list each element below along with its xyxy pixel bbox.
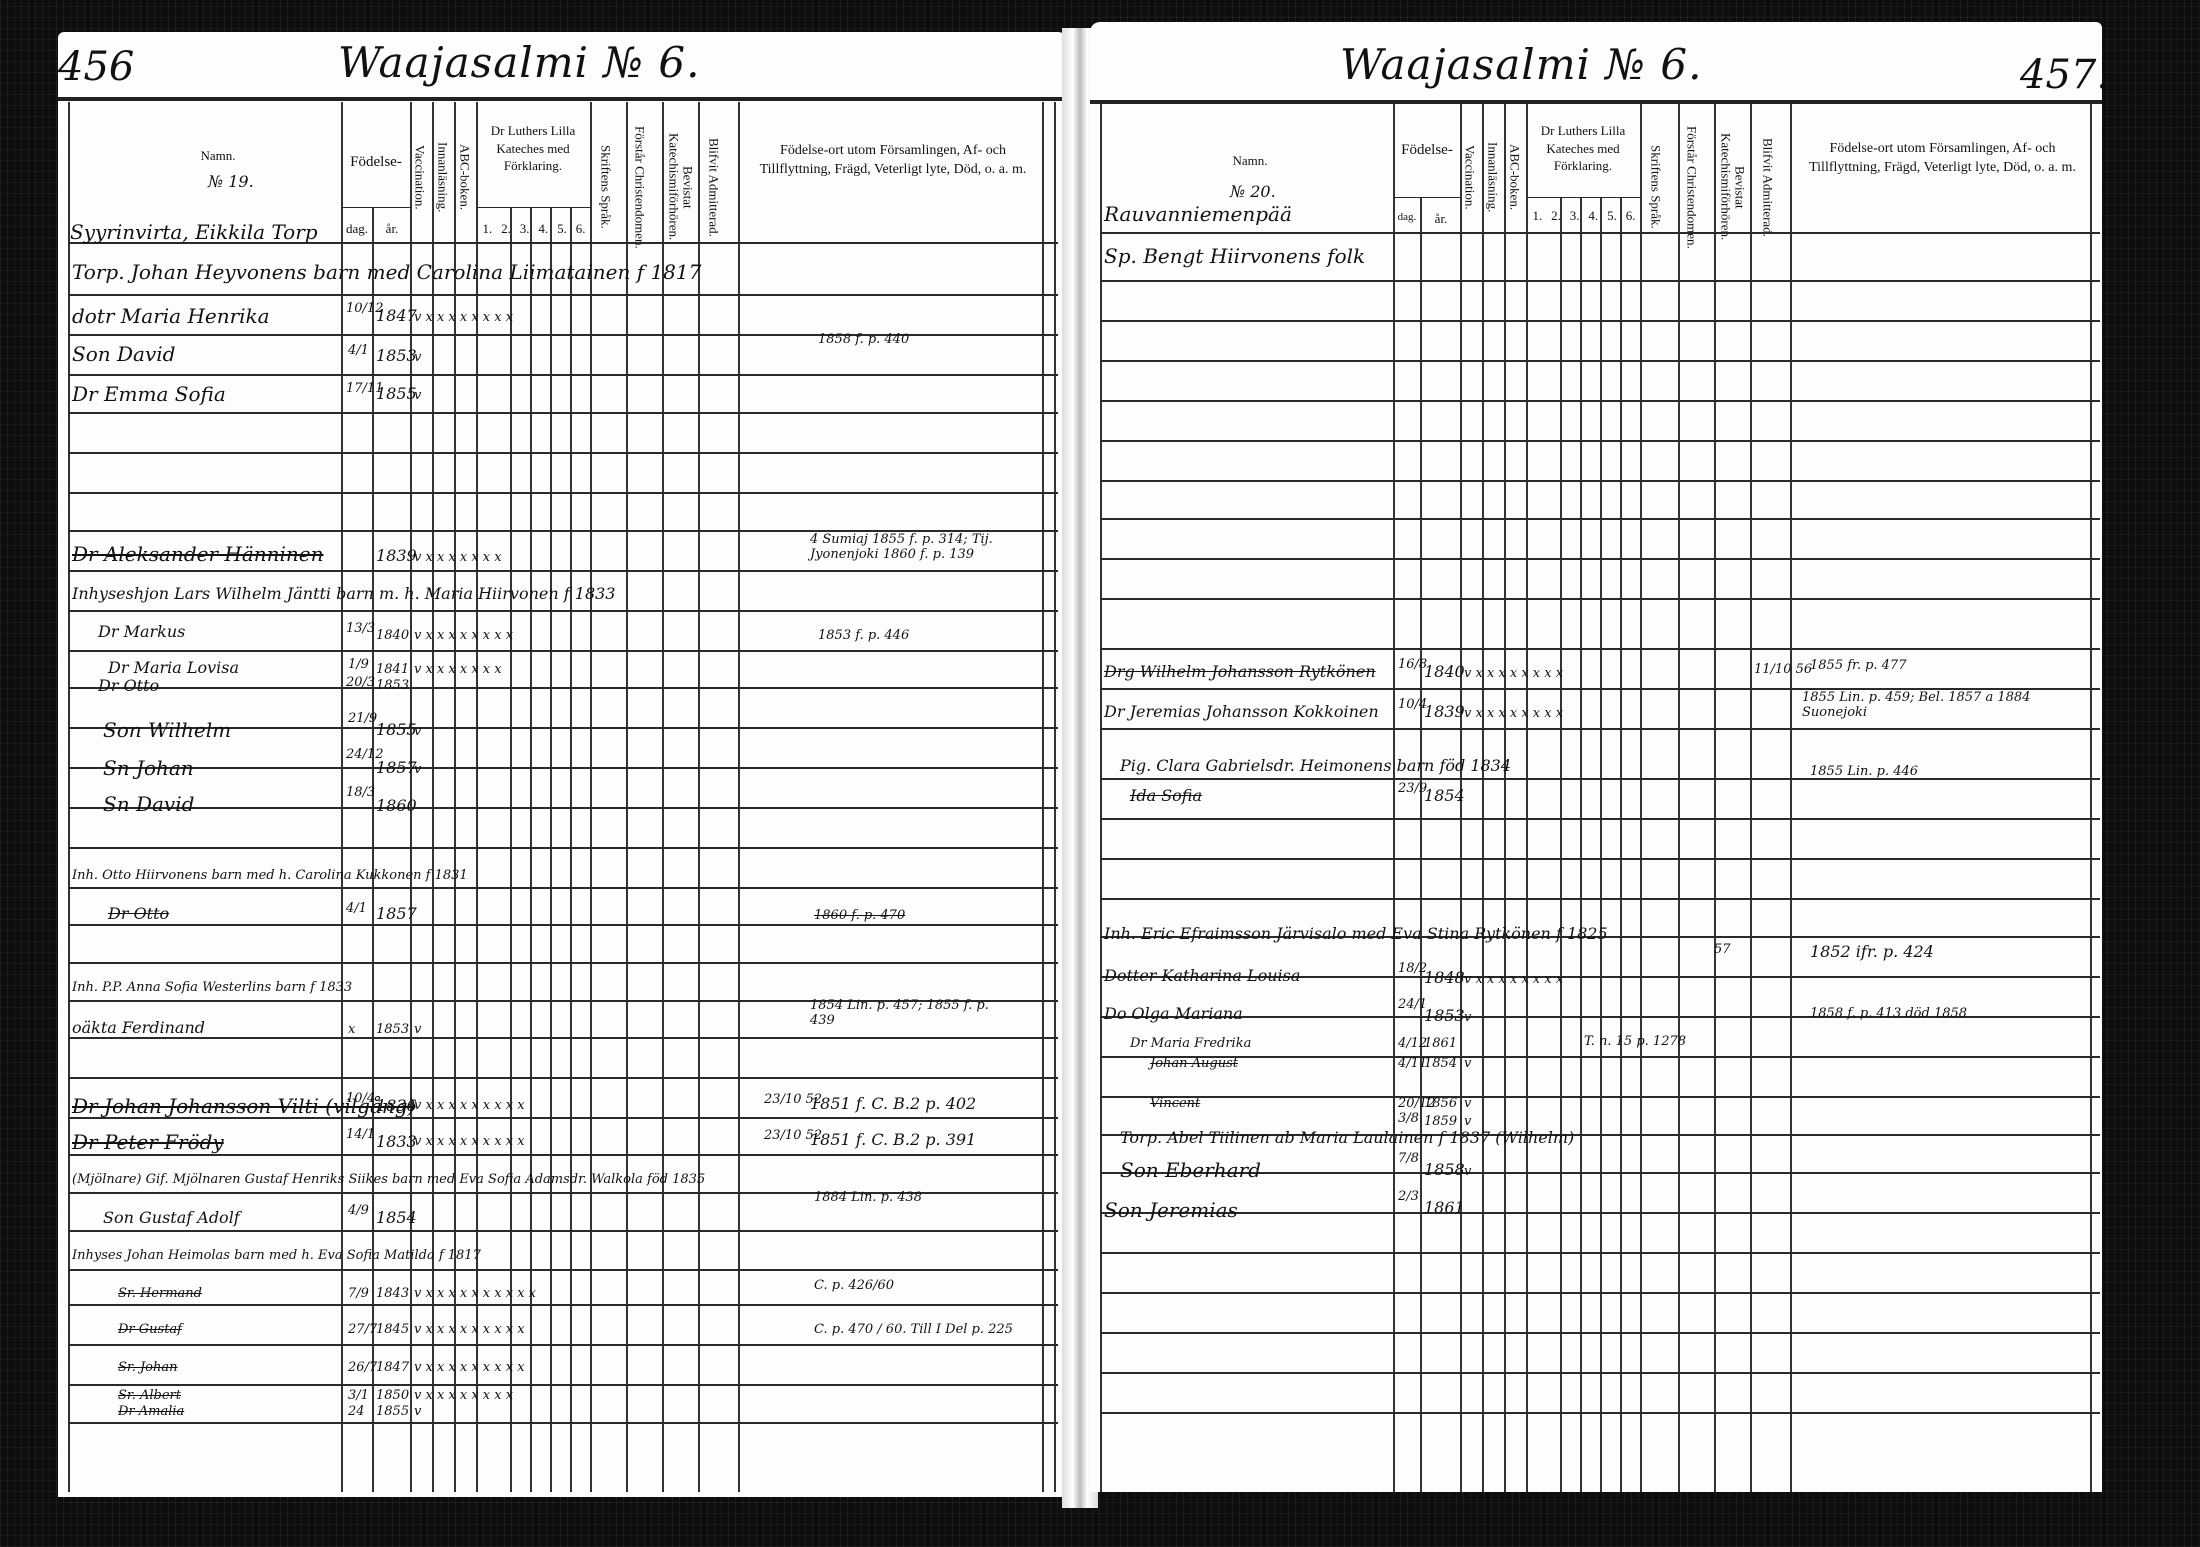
entry-birth-day: 2/3	[1398, 1190, 1419, 1203]
col-header-birth: Födelse-	[343, 152, 409, 172]
entry-notes: 1858 f. p. 413 död 1858	[1810, 1006, 1967, 1021]
entry-birth-year: 1833	[376, 1132, 417, 1151]
entry-notes: 1851 f. C. B.2 p. 402	[810, 1094, 976, 1113]
entry-name: oäkta Ferdinand	[72, 1018, 205, 1037]
col-header-abc: ABC-boken.	[457, 122, 471, 232]
entry-notes: 1854 Lin. p. 457; 1855 f. p. 439	[810, 998, 1010, 1028]
entry-birth-day: 3/1	[348, 1388, 369, 1403]
page-number-left: 456	[58, 44, 134, 90]
entry-birth-year: 1855	[376, 384, 417, 403]
village-title-left: Waajasalmi № 6.	[338, 38, 700, 87]
entry-birth-year: 1840	[1424, 662, 1465, 681]
col-header-name: Namn.	[158, 147, 278, 165]
entry-marks: v x x x x x x x x	[414, 310, 513, 325]
col-header-day: dag.	[342, 220, 372, 238]
entry-birth-day: 1/9	[348, 658, 369, 671]
household-number-right: № 20.	[1230, 182, 1276, 201]
entry-notes: 1855 Lin. p. 459; Bel. 1857 a 1884 Suone…	[1802, 690, 2087, 720]
entry-birth-day: 18/2	[1398, 962, 1427, 975]
entry-marks: v	[414, 1404, 421, 1419]
entry-birth-year: 1847	[376, 1360, 409, 1375]
entry-name: Son Wilhelm	[103, 718, 231, 742]
entry-birth-day: 7/8	[1398, 1152, 1419, 1165]
col-header-year: år.	[374, 220, 410, 238]
entry-birth-year: 1861	[1424, 1036, 1457, 1051]
entry-name: Sr. Albert	[118, 1388, 181, 1403]
entry-marks: v	[414, 388, 421, 403]
entry-marks: v x x x x x x x	[414, 550, 502, 565]
entry-birth-day: 10/4	[1398, 698, 1427, 711]
col-header-day: dag.	[1394, 210, 1420, 225]
entry-birth-year: 1848	[1424, 968, 1465, 987]
entry-birth-year: 1840	[376, 628, 409, 643]
entry-birth-day: 27/7	[348, 1322, 377, 1337]
household-heading-right: Rauvanniemenpää	[1104, 202, 1292, 226]
entry-notes: C. p. 470 / 60. Till I Del p. 225	[814, 1322, 1013, 1337]
entry-name: Dr Jeremias Johansson Kokkoinen	[1104, 702, 1379, 721]
entry-birth-day: 24	[348, 1404, 365, 1419]
catechism-subcols: 1.2.3.4.5.6.	[1528, 207, 1640, 225]
col-header-year: år.	[1422, 210, 1460, 228]
col-header-skriftens: Skriftens Språk.	[598, 122, 612, 252]
entry-birth-day: 4/11	[1398, 1056, 1427, 1071]
entry-birth-year: 1853	[376, 1022, 409, 1037]
entry-birth-day: x	[348, 1022, 355, 1037]
header-rule	[58, 97, 1068, 101]
entry-name: Dr Maria Lovisa	[108, 658, 239, 677]
col-header-bevistat: Bevistat Katechismiförhören.	[666, 122, 695, 252]
entry-name: Sp. Bengt Hiirvonens folk	[1104, 244, 1365, 268]
entry-name: Dr Gustaf	[118, 1322, 182, 1337]
col-header-innanlasning: Innanläsning.	[1485, 122, 1499, 232]
entry-name: Do Olga Mariana	[1104, 1004, 1243, 1023]
entry-name: Sn David	[103, 792, 194, 816]
entry-birth-day: 20/3	[346, 676, 375, 689]
entry-name: Inh. Otto Hiirvonens barn med h. Carolin…	[72, 868, 468, 883]
entry-birth-day: 3/8	[1398, 1112, 1419, 1125]
entry-name: Son Eberhard	[1120, 1158, 1261, 1182]
entry-name: Son David	[72, 342, 175, 366]
col-header-birth: Födelse-	[1394, 140, 1460, 160]
entry-birth-year: 1853	[376, 678, 409, 693]
entry-notes: 1855 Lin. p. 446	[1810, 764, 1918, 779]
entry-birth-year: 1839	[376, 546, 417, 565]
entry-birth-day: 24/1	[1398, 998, 1427, 1011]
household-number-left: № 19.	[208, 172, 254, 191]
entry-birth-year: 1859	[1424, 1114, 1457, 1129]
entry-birth-year: 1853	[376, 346, 417, 365]
page-number-right: 457.	[2020, 52, 2102, 98]
entry-name: Dr Otto	[108, 904, 169, 923]
entry-name: Dotter Katharina Louisa	[1104, 966, 1300, 985]
header-rule	[1090, 100, 2102, 104]
col-header-innanlasning: Innanläsning.	[435, 122, 449, 232]
entry-birth-year: 1857	[376, 758, 417, 777]
entry-marks: v x x x x x x x x x	[414, 1098, 525, 1113]
entry-birth-year: 1853	[1424, 1006, 1465, 1025]
entry-name: dotr Maria Henrika	[72, 304, 270, 328]
entry-name: Dr Peter Frödy	[72, 1130, 224, 1154]
entry-birth-day: 14/1	[346, 1128, 375, 1141]
entry-marks: v x x x x x x x x x	[414, 1134, 525, 1149]
entry-birth-year: 1854	[1424, 786, 1465, 805]
entry-birth-day: 7/9	[348, 1286, 369, 1301]
entry-birth-year: 1845	[376, 1322, 409, 1337]
entry-notes: T. n. 15 p. 1278	[1584, 1034, 1686, 1049]
entry-notes: 1853 f. p. 446	[818, 628, 909, 643]
col-header-remarks: Födelse-ort utom Församlingen, Af- och T…	[748, 142, 1038, 180]
entry-birth-year: 1854	[1424, 1056, 1457, 1071]
right-page: Waajasalmi № 6. 457. Namn. № 20. Födelse…	[1090, 22, 2102, 1492]
entry-marks: v	[1464, 1164, 1471, 1179]
entry-birth-day: 26/7	[348, 1360, 377, 1375]
col-header-catechism: Dr Luthers Lilla Kateches med Förklaring…	[1528, 122, 1638, 175]
entry-name: Inhyses Johan Heimolas barn med h. Eva S…	[72, 1248, 481, 1263]
entry-admitted: 11/10 56	[1754, 662, 1812, 677]
entry-name: Inh. Eric Efraimsson Järvisalo med Eva S…	[1104, 924, 1608, 943]
entry-marks: v x x x x x x x x x	[414, 1322, 525, 1337]
entry-marks: v	[1464, 1096, 1471, 1111]
entry-name: Ida Sofia	[1130, 786, 1202, 805]
entry-notes: 1851 f. C. B.2 p. 391	[810, 1130, 976, 1149]
entry-birth-day: 4/1	[348, 344, 369, 357]
entry-notes: C. p. 426/60	[814, 1278, 894, 1293]
entry-birth-year: 1860	[376, 796, 417, 815]
entry-marks: v x x x x x x x x	[414, 628, 513, 643]
entry-admitted: 57	[1714, 942, 1731, 957]
col-header-name: Namn.	[1190, 152, 1310, 170]
entry-name: Dr Amalia	[118, 1404, 184, 1419]
col-header-admitterad: Blifvit Admitterad.	[706, 122, 720, 252]
entry-birth-year: 1856	[1424, 1096, 1457, 1111]
entry-name: (Mjölnare) Gif. Mjölnaren Gustaf Henriks…	[72, 1172, 705, 1187]
village-title-right: Waajasalmi № 6.	[1340, 40, 1702, 89]
col-header-forstar: Förstår Christendomen.	[632, 122, 646, 252]
entry-birth-year: 1857	[376, 904, 417, 923]
entry-name: Johan August	[1150, 1056, 1238, 1071]
entry-birth-day: 4/12	[1398, 1036, 1427, 1051]
entry-notes: 1855 fr. p. 477	[1810, 658, 1906, 673]
entry-marks: v x x x x x x x	[414, 662, 502, 677]
entry-name: Sn Johan	[103, 756, 194, 780]
entry-birth-year: 1839	[1424, 702, 1465, 721]
col-header-vaccination: Vaccination.	[1462, 122, 1476, 232]
entry-birth-day: 16/8	[1398, 658, 1427, 671]
col-header-remarks: Födelse-ort utom Församlingen, Af- och T…	[1800, 140, 2085, 178]
col-header-vaccination: Vaccination.	[412, 122, 426, 232]
entry-marks: v	[1464, 1056, 1471, 1071]
entry-marks: v x x x x x x x x	[1464, 666, 1563, 681]
entry-marks: v	[414, 762, 421, 777]
entry-marks: v	[414, 350, 421, 365]
entry-marks: v	[414, 1022, 421, 1037]
entry-birth-day: 13/3	[346, 622, 375, 635]
entry-name: Sr. Hermand	[118, 1286, 202, 1301]
catechism-subcols: 1.2.3.4.5.6.	[478, 220, 590, 238]
entry-marks: v x x x x x x x x x	[414, 1360, 525, 1375]
entry-name: Inhyseshjon Lars Wilhelm Jäntti barn m. …	[72, 584, 615, 603]
entry-notes: 4 Sumiaj 1855 f. p. 314; Tij. Jyonenjoki…	[810, 532, 1040, 562]
entry-notes: 1852 ifr. p. 424	[1810, 942, 1934, 961]
entry-notes: 1884 Lin. p. 438	[814, 1190, 922, 1205]
entry-marks: v x x x x x x x x x x	[414, 1286, 536, 1301]
entry-birth-year: 1836	[376, 1096, 417, 1115]
entry-notes: 1858 f. p. 440	[818, 332, 909, 347]
entry-birth-year: 1858	[1424, 1160, 1465, 1179]
entry-birth-day: 18/3	[346, 786, 375, 799]
entry-marks: v x x x x x x x x	[1464, 972, 1563, 987]
entry-name: Torp. Johan Heyvonens barn med Carolina …	[72, 260, 701, 284]
entry-birth-year: 1841	[376, 662, 409, 677]
entry-name: Drg Wilhelm Johansson Rytkönen	[1104, 662, 1376, 681]
col-header-catechism: Dr Luthers Lilla Kateches med Förklaring…	[478, 122, 588, 175]
entry-birth-day: 10/4	[346, 1092, 375, 1105]
entry-name: Inh. P.P. Anna Sofia Westerlins barn f 1…	[72, 980, 352, 995]
entry-marks: v	[1464, 1010, 1471, 1025]
entry-notes: 1860 f. p. 470	[814, 908, 905, 923]
entry-name: Dr Maria Fredrika	[1130, 1036, 1251, 1051]
left-page: 456 Waajasalmi № 6. Namn. № 19. Födelse-…	[58, 32, 1068, 1497]
entry-birth-year: 1861	[1424, 1198, 1465, 1217]
entry-name: Son Gustaf Adolf	[103, 1208, 240, 1227]
entry-name: Dr Emma Sofia	[72, 382, 226, 406]
entry-birth-year: 1843	[376, 1286, 409, 1301]
entry-name: Son Jeremias	[1104, 1198, 1238, 1222]
entry-name: Pig. Clara Gabrielsdr. Heimonens barn fö…	[1120, 756, 1511, 775]
entry-name: Dr Markus	[98, 622, 185, 641]
entry-name: Dr Aleksander Hänninen	[72, 542, 324, 566]
entry-birth-day: 4/1	[346, 902, 367, 915]
entry-birth-year: 1854	[376, 1208, 417, 1227]
entry-birth-year: 1847	[376, 306, 417, 325]
household-heading-left: Syyrinvirta, Eikkila Torp	[70, 220, 318, 244]
entry-name: Sr. Johan	[118, 1360, 178, 1375]
entry-marks: v	[1464, 1114, 1471, 1129]
entry-birth-year: 1855	[376, 720, 417, 739]
entry-marks: v x x x x x x x x	[1464, 706, 1563, 721]
entry-name: Dr Otto	[98, 676, 159, 695]
entry-birth-day: 21/9	[348, 712, 377, 725]
col-header-abc: ABC-boken.	[1507, 122, 1521, 232]
entry-birth-year: 1850	[376, 1388, 409, 1403]
entry-birth-day: 23/9	[1398, 782, 1427, 795]
entry-name: Vincent	[1150, 1096, 1200, 1111]
entry-name: Torp. Abel Tiilinen ab Maria Laulainen f…	[1120, 1128, 1574, 1147]
entry-marks: v	[414, 724, 421, 739]
entry-birth-year: 1855	[376, 1404, 409, 1419]
entry-marks: v x x x x x x x x	[414, 1388, 513, 1403]
entry-birth-day: 4/9	[348, 1204, 369, 1217]
